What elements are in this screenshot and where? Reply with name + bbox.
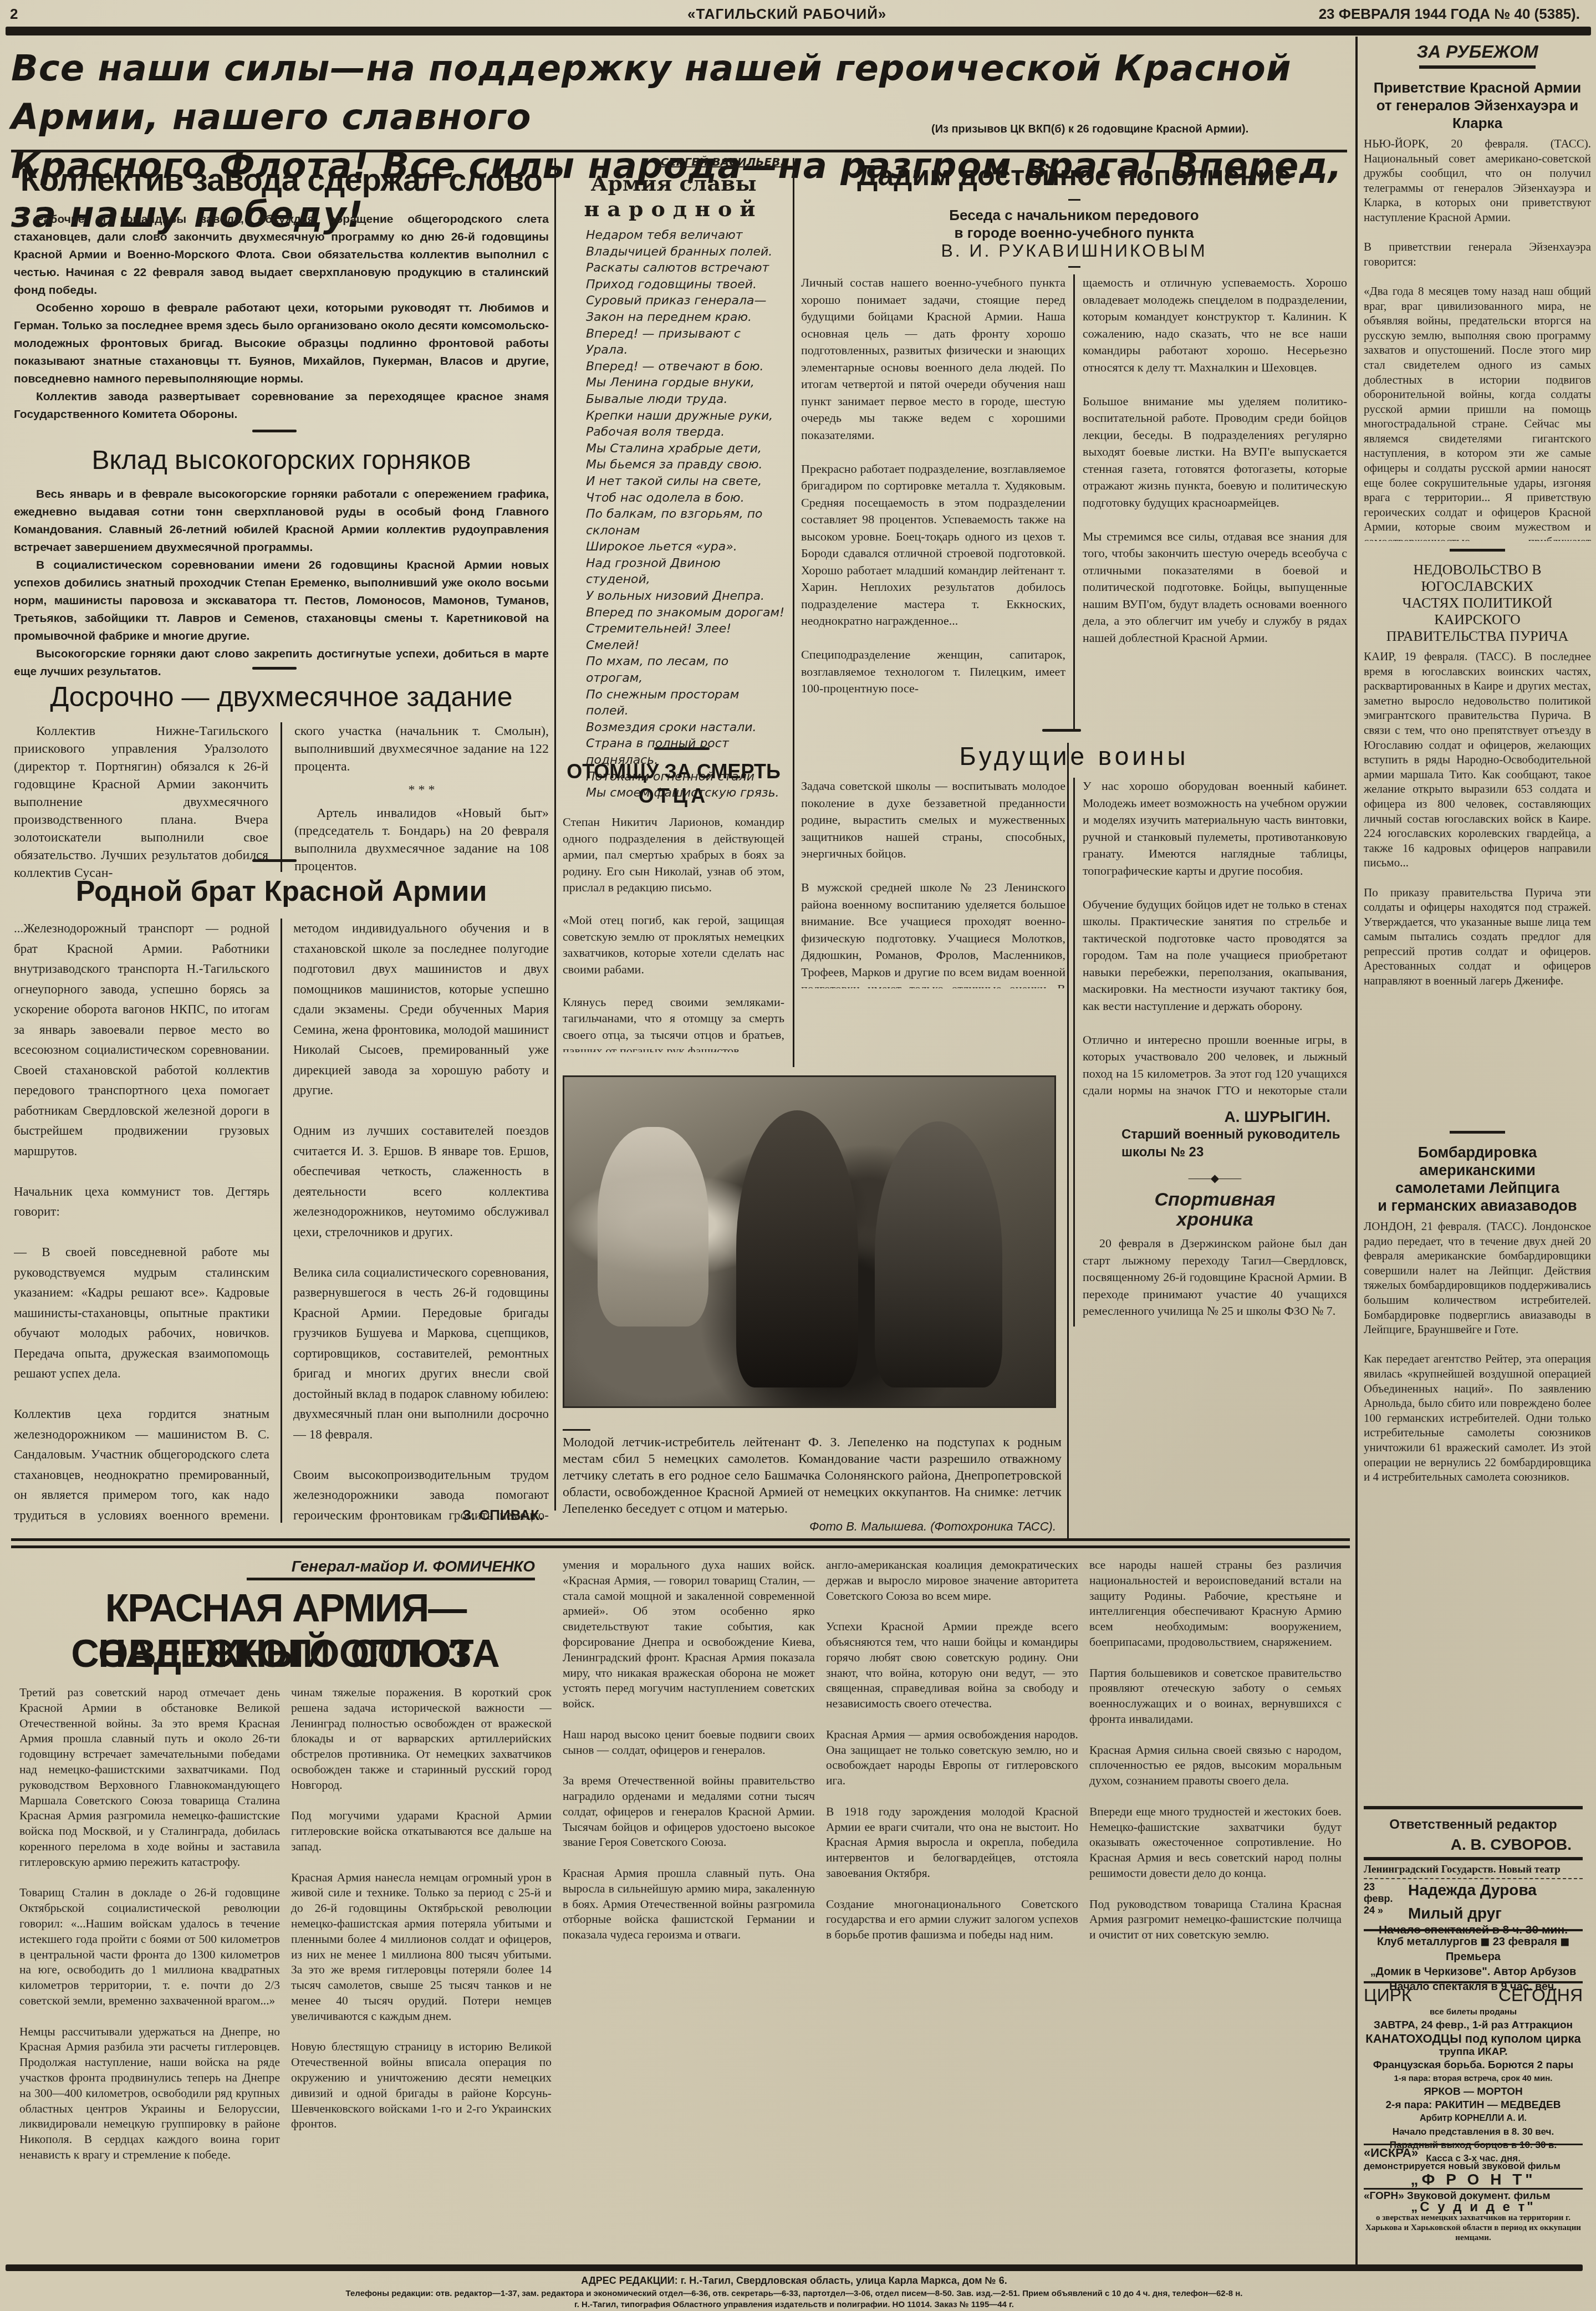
sport-body: 20 февраля в Дзержинском районе был дан … [1083, 1235, 1347, 1320]
caption-dash [563, 1429, 590, 1431]
subhead-line: в городе военно-учебного пункта [801, 224, 1347, 242]
column-1: Коллектив Нижне-Тагильского приискового … [14, 722, 268, 882]
paragraph: Высокогорские горняки дают слово закрепи… [14, 645, 549, 681]
poem-line: Закон на переднем краю. [586, 309, 784, 326]
yugoslav-body: КАИР, 19 февраля. (ТАСС). В последнее вр… [1364, 649, 1591, 1123]
column-2: методом индивидуального обучения и в ста… [293, 919, 549, 1526]
theatre-header: Ленинградский Государств. Новый театр [1364, 1864, 1583, 1876]
section-rule [11, 1538, 1350, 1541]
paragraph: В социалистическом соревновании имени 26… [14, 557, 549, 645]
column-divider [554, 158, 556, 1511]
signature-role-line: Старший военный руководитель [1121, 1126, 1347, 1144]
film-title: „С у д и д е т" [1364, 2202, 1583, 2213]
article-railway-brother: Родной брат Красной Армии ...Железнодоро… [14, 873, 549, 1524]
headline: Вклад высокогорских горняков [14, 443, 549, 478]
column-divider [281, 919, 282, 1523]
poem-line: По балкам, по взгорьям, по склонам [586, 506, 784, 539]
ad-line: Французская борьба. Борются 2 пары [1364, 2059, 1583, 2072]
headline: Дадим достойное пополнение [801, 158, 1347, 193]
theatre-row: 24 » Милый друг [1364, 1905, 1583, 1922]
section-title-rule [1419, 65, 1536, 69]
poem-line: Рабочая воля тверда. [586, 424, 784, 441]
headline-1: ОТОМЩУ ЗА СМЕРТЬ [563, 759, 784, 784]
abroad-section: ЗА РУБЕЖОМ Приветствие Красной Армии от … [1364, 42, 1591, 1579]
cinema-name: «ИСКРА» [1364, 2146, 1583, 2160]
footer-rule [6, 2264, 1583, 2271]
poem-line: Раскаты салютов встречают [586, 260, 784, 277]
headline-2: ОТЦА [563, 784, 784, 808]
article-replenishment: Дадим достойное пополнение Беседа с нача… [801, 158, 1347, 729]
poem-line: У вольных низовий Днепра. [586, 588, 784, 605]
divider [654, 747, 710, 750]
headline-line: самолетами Лейпцига [1364, 1179, 1591, 1197]
bombing-body: ЛОНДОН, 21 февраля. (ТАСС). Лондонское р… [1364, 1219, 1591, 1579]
circus-header: ЦИРК СЕГОДНЯ [1364, 1984, 1583, 2006]
headline-line: НЕДОВОЛЬСТВО В ЮГОСЛАВСКИХ [1364, 562, 1591, 595]
poem-line: Недаром тебя величают [586, 227, 784, 244]
newspaper-title: «ТАГИЛЬСКИЙ РАБОЧИЙ» [687, 6, 886, 23]
editor-name: А. В. СУВОРОВ. [1364, 1836, 1583, 1854]
column-2: чинам тяжелые поражения. В короткий срок… [291, 1685, 552, 2262]
headline: Будущие воины [801, 740, 1347, 772]
poem-line: По снежным просторам полей. [586, 687, 784, 720]
article-body: Степан Никитич Ларионов, командир одного… [563, 814, 784, 1052]
poem-line: Возмездия сроки настали. [586, 720, 784, 736]
headline: Коллектив завода сдержал слово [14, 161, 549, 200]
column-1: Задача советской школы — воспитывать мол… [801, 778, 1065, 988]
article-miners: Вклад высокогорских горняков Весь январь… [14, 443, 549, 681]
paragraph: ского участка (начальник т. Смолын), вып… [294, 722, 549, 776]
circus-ad: ЦИРК СЕГОДНЯ все билеты проданы ЗАВТРА, … [1364, 1984, 1583, 2165]
subhead-line: Беседа с начальником передового [801, 206, 1347, 224]
gorn-cinema-ad: «ГОРН» Звуковой документ. фильм „С у д и… [1364, 2191, 1583, 2243]
ad-line: ЯРКОВ — МОРТОН [1364, 2085, 1583, 2099]
show-date: 23 февр. [1364, 1881, 1403, 1905]
poem-line: Суровый приказ генерала— [586, 293, 784, 309]
column-3: умения и морального духа наших войск. «К… [563, 1558, 815, 2262]
headline: Досрочно — двухмесячное задание [14, 679, 549, 715]
divider [252, 667, 297, 670]
photo-figure-mother [598, 1127, 708, 1327]
poem-title-2: народной [563, 196, 784, 222]
ad-line: Начало представления в 8. 30 веч. [1364, 2125, 1583, 2139]
headline-line: Бомбардировка американскими [1364, 1144, 1591, 1179]
show-title: Милый друг [1408, 1905, 1502, 1922]
ad-line: 1-я пара: вторая встреча, срок 40 мин. [1364, 2072, 1583, 2085]
poem-lines: Недаром тебя величаютВладычицей бранных … [563, 227, 784, 802]
slogan-rule [11, 150, 1347, 152]
paragraph: Весь январь и в феврале высокогорские го… [14, 486, 549, 557]
headline-line: и германских авиазаводов [1364, 1197, 1591, 1215]
signature-name: А. ШУРЫГИН. [1083, 1108, 1347, 1126]
ad-line: „Домик в Черкизове". Автор Арбузов [1364, 1965, 1583, 1980]
poem-line: Вперед! — призывают с Урала. [586, 326, 784, 359]
poem: СЕРГЕЙ ВАСИЛЬЕВ. Армия славы народной Не… [563, 155, 784, 802]
article-revenge: ОТОМЩУ ЗА СМЕРТЬ ОТЦА Степан Никитич Лар… [563, 759, 784, 1052]
photo-caption: Молодой летчик-истребитель лейтенант Ф. … [563, 1434, 1062, 1517]
poem-line: По мхам, по лесам, по отрогам, [586, 654, 784, 686]
article-columns: Личный состав нашего военно-учебного пун… [801, 274, 1347, 729]
news-photo [563, 1075, 1056, 1408]
poem-line: Чтоб нас одолела в бою. [586, 490, 784, 507]
circus-today: СЕГОДНЯ [1498, 1984, 1583, 2006]
rule [1364, 1981, 1583, 1983]
rule [1364, 1929, 1583, 1931]
poem-line: Над грозной Двиною студеной, [586, 555, 784, 588]
ad-line: Арбитр КОРНЕЛЛИ А. И. [1364, 2112, 1583, 2125]
signature-role: Старший военный руководитель школы № 23 [1083, 1126, 1347, 1161]
circus-label: ЦИРК [1364, 1984, 1412, 2006]
column-divider [793, 158, 794, 1067]
masthead: 2 «ТАГИЛЬСКИЙ РАБОЧИЙ» 23 ФЕВРАЛЯ 1944 Г… [6, 6, 1591, 22]
headline-2: СОВЕТСКОГО СОЮЗА [19, 1631, 552, 1676]
divider [1042, 729, 1081, 732]
column-1: Личный состав нашего военно-учебного пун… [801, 274, 1065, 729]
right-column-divider [1355, 37, 1358, 2265]
photo-figure-father [875, 1121, 1002, 1387]
issue-date: 23 ФЕВРАЛЯ 1944 ГОДА № 40 (5385). [1319, 6, 1580, 23]
editorial-phones: Телефоны редакции: отв. редактор—1-37, з… [6, 2288, 1583, 2299]
column-divider [281, 722, 282, 872]
paragraph: Коллектив завода развертывает соревнован… [14, 388, 549, 424]
headline-line: от генералов Эйзенхауэра и Кларка [1364, 96, 1591, 132]
greeting-headline: Приветствие Красной Армии от генералов Э… [1364, 79, 1591, 132]
poem-line: Мы бьемся за правду свою. [586, 457, 784, 473]
sport-headline-line: хроника [1083, 1210, 1347, 1230]
poem-line: Вперед! — отвечают в бою. [586, 359, 784, 375]
printer-imprint: г. Н.-Тагил, типография Областного управ… [6, 2299, 1583, 2310]
cinema-name: «ГОРН» [1364, 2190, 1404, 2202]
column-1: Третий раз советский народ отмечает день… [19, 1685, 280, 2262]
paragraph: Особенно хорошо в феврале работают цехи,… [14, 299, 549, 388]
paragraph: Артель инвалидов «Новый быт» (председате… [294, 804, 549, 875]
theatre-ad: Ленинградский Государств. Новый театр 23… [1364, 1864, 1583, 1937]
subhead: Беседа с начальником передового в городе… [801, 206, 1347, 259]
film-description: о зверствах немецких захватчиков на терр… [1364, 2213, 1583, 2243]
yugoslav-headline: НЕДОВОЛЬСТВО В ЮГОСЛАВСКИХ ЧАСТЯХ ПОЛИТИ… [1364, 562, 1591, 645]
sport-headline-line: Спортивная [1083, 1190, 1347, 1210]
ornament-divider: ——◆—— [1083, 1171, 1347, 1185]
editor-label: Ответственный редактор [1364, 1817, 1583, 1833]
interviewee-name: В. И. РУКАВИШНИКОВЫМ [801, 242, 1347, 259]
author-byline: Генерал-майор И. ФОМИЧЕНКО [247, 1558, 535, 1580]
paragraph: Рабочие и командиры завода, обсуждая обр… [14, 211, 549, 299]
iskra-cinema-ad: «ИСКРА» демонстрируется новый звуковой ф… [1364, 2146, 1583, 2186]
rule [1364, 1806, 1583, 1809]
column-divider [1067, 743, 1069, 1541]
rule [1364, 1857, 1583, 1860]
column-4: англо-американская коалиция демократичес… [826, 1558, 1078, 2262]
signature-role-line: школы № 23 [1121, 1144, 1347, 1161]
paragraph: Коллектив Нижне-Тагильского приискового … [14, 722, 268, 882]
ad-line: 2-я пара: РАКИТИН — МЕДВЕДЕВ [1364, 2099, 1583, 2112]
column-5: все народы нашей страны без различия нац… [1089, 1558, 1342, 2262]
poem-line: И нет такой силы на свете, [586, 473, 784, 490]
sold-out-note: все билеты проданы [1364, 2006, 1583, 2019]
section-rule [11, 1545, 1350, 1548]
article-factory: Коллектив завода сдержал слово Рабочие и… [14, 161, 549, 424]
show-title: Надежда Дурова [1408, 1881, 1537, 1905]
column-2: У нас хорошо оборудован военный кабинет.… [1083, 778, 1347, 1105]
poem-line: Мы Ленина гордые внуки, [586, 375, 784, 391]
poem-line: Владычицей бранных полей. [586, 244, 784, 261]
poem-author: СЕРГЕЙ ВАСИЛЬЕВ. [563, 155, 784, 169]
divider [1450, 1131, 1505, 1134]
asterism: * * * [294, 781, 549, 799]
divider [252, 859, 297, 862]
headline-line: ЧАСТЯХ ПОЛИТИКОЙ КАИРСКОГО [1364, 595, 1591, 628]
rule [1364, 2144, 1583, 2145]
slogan-source: (Из призывов ЦК ВКП(б) к 26 годовщине Кр… [931, 123, 1248, 136]
ad-line: КАНАТОХОДЦЫ под куполом цирка [1364, 2032, 1583, 2045]
headline: Родной брат Красной Армии [14, 873, 549, 910]
poem-line: Вперед по знакомым дорогам! [586, 605, 784, 621]
poem-line: Широкое льется «ура». [586, 539, 784, 555]
column-2: ского участка (начальник т. Смолын), вып… [294, 722, 549, 882]
editor-block: Ответственный редактор А. В. СУВОРОВ. [1364, 1817, 1583, 1854]
divider [1450, 549, 1505, 552]
article-columns: Коллектив Нижне-Тагильского приискового … [14, 722, 549, 882]
poem-line: Стремительней! Злее! Смелей! [586, 621, 784, 654]
section-title: ЗА РУБЕЖОМ [1364, 42, 1591, 62]
divider [1068, 199, 1080, 201]
article-body: Рабочие и командиры завода, обсуждая обр… [14, 211, 549, 424]
masthead-rule [6, 27, 1591, 35]
rule [1364, 2188, 1583, 2190]
show-date: 24 » [1364, 1905, 1403, 1922]
column-1: ...Железнодорожный транспорт — родной бр… [14, 919, 269, 1526]
editorial-address: АДРЕС РЕДАКЦИИ: г. Н.-Тагил, Свердловска… [6, 2273, 1583, 2288]
film-title: „Ф Р О Н Т" [1364, 2173, 1583, 2186]
poem-line: Крепки наши дружные руки, [586, 408, 784, 425]
ad-line: труппа ИКАР. [1364, 2045, 1583, 2059]
headline-line: ПРАВИТЕЛЬСТВА ПУРИЧА [1364, 628, 1591, 645]
article-columns: ...Железнодорожный транспорт — родной бр… [14, 919, 549, 1526]
poem-title-1: Армия славы [563, 171, 784, 196]
ad-line: ЗАВТРА, 24 февр., 1-й раз Аттракцион [1364, 2019, 1583, 2032]
ad-line: Клуб металлургов ◼ 23 февраля ◼ Премьера [1364, 1935, 1583, 1965]
poem-line: Приход годовщины твоей. [586, 277, 784, 293]
photo-figure-pilot [736, 1110, 858, 1387]
photo-credit: Фото В. Малышева. (Фотохроника ТАСС). [563, 1519, 1056, 1534]
divider [1068, 266, 1080, 268]
footer: АДРЕС РЕДАКЦИИ: г. Н.-Тагил, Свердловска… [6, 2273, 1583, 2310]
bombing-headline: Бомбардировка американскими самолетами Л… [1364, 1144, 1591, 1215]
column-2: щаемость и отличную успеваемость. Хорошо… [1083, 274, 1347, 729]
sport-headline: Спортивная хроника [1083, 1190, 1347, 1230]
article-ahead-of-schedule: Досрочно — двухмесячное задание Коллекти… [14, 679, 549, 882]
poem-line: Мы Сталина храбрые дети, [586, 441, 784, 457]
theatre-row: 23 февр. Надежда Дурова [1364, 1881, 1583, 1905]
greeting-body: НЬЮ-ЙОРК, 20 февраля. (ТАСС). Национальн… [1364, 136, 1591, 541]
column-2-wrap: У нас хорошо оборудован военный кабинет.… [1083, 778, 1347, 1327]
headline-line: Приветствие Красной Армии [1364, 79, 1591, 96]
divider [252, 430, 297, 432]
photo-caption-block: Молодой летчик-истребитель лейтенант Ф. … [563, 1429, 1344, 1534]
poem-line: Бывалые люди труда. [586, 391, 784, 408]
column-divider [1073, 274, 1075, 729]
article-body: Весь январь и в феврале высокогорские го… [14, 486, 549, 681]
column-divider [1073, 778, 1075, 1327]
page-number: 2 [10, 6, 18, 23]
